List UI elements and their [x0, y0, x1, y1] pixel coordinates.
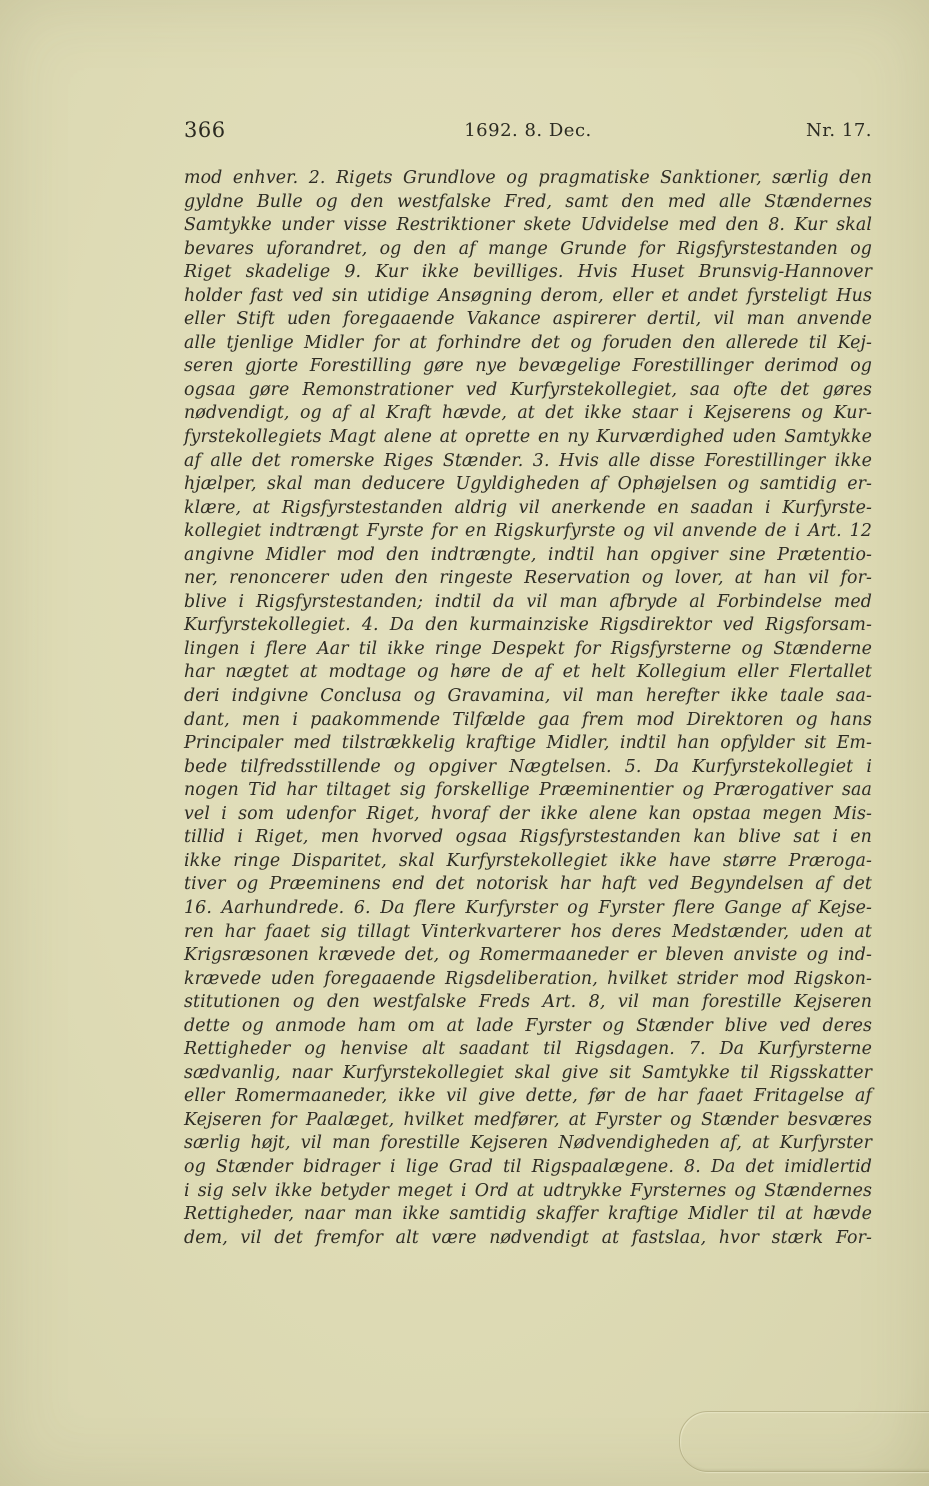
text-line: tillid i Riget, men hvorved ogsaa Rigsfy… — [184, 826, 872, 850]
text-line: deri indgivne Conclusa og Gravamina, vil… — [184, 685, 872, 709]
text-line: dette og anmode ham om at lade Fyrster o… — [184, 1015, 872, 1039]
embossed-blind-stamp — [679, 1411, 929, 1472]
text-line: og Stænder bidrager i lige Grad til Rigs… — [184, 1156, 872, 1180]
text-line: Kejseren for Paalæget, hvilket medfører,… — [184, 1109, 872, 1133]
text-line: holder fast ved sin utidige Ansøgning de… — [184, 285, 872, 309]
text-line: har nægtet at modtage og høre de af et h… — [184, 661, 872, 685]
text-line: bevares uforandret, og den af mange Grun… — [184, 238, 872, 262]
text-line: stitutionen og den westfalske Freds Art.… — [184, 991, 872, 1015]
text-line: hjælper, skal man deducere Ugyldigheden … — [184, 473, 872, 497]
text-line: blive i Rigsfyrstestanden; indtil da vil… — [184, 591, 872, 615]
text-line: eller Stift uden foregaaende Vakance asp… — [184, 308, 872, 332]
text-line: Principaler med tilstrækkelig kraftige M… — [184, 732, 872, 756]
text-line: Riget skadelige 9. Kur ikke bevilliges. … — [184, 261, 872, 285]
text-line: ogsaa gøre Remonstrationer ved Kurfyrste… — [184, 379, 872, 403]
text-line: ikke ringe Disparitet, skal Kurfyrstekol… — [184, 850, 872, 874]
text-line: særlig højt, vil man forestille Kejseren… — [184, 1132, 872, 1156]
text-line: dant, men i paakommende Tilfælde gaa fre… — [184, 709, 872, 733]
text-line: sædvanlig, naar Kurfyrstekollegiet skal … — [184, 1062, 872, 1086]
text-line: krævede uden foregaaende Rigsdeliberatio… — [184, 968, 872, 992]
text-line: seren gjorte Forestilling gøre nye bevæg… — [184, 355, 872, 379]
text-line: fyrstekollegiets Magt alene at oprette e… — [184, 426, 872, 450]
text-line: alle tjenlige Midler for at forhindre de… — [184, 332, 872, 356]
body-text: mod enhver. 2. Rigets Grundlove og pragm… — [184, 167, 872, 1250]
text-line: angivne Midler mod den indtrængte, indti… — [184, 544, 872, 568]
text-line: i sig selv ikke betyder meget i Ord at u… — [184, 1180, 872, 1204]
text-line: ren har faaet sig tillagt Vinterkvartere… — [184, 921, 872, 945]
text-line: nogen Tid har tiltaget sig forskellige P… — [184, 779, 872, 803]
text-line: Kurfyrstekollegiet. 4. Da den kurmainzis… — [184, 614, 872, 638]
text-line: eller Romermaaneder, ikke vil give dette… — [184, 1085, 872, 1109]
header-date: 1692. 8. Dec. — [184, 120, 872, 141]
text-line: Rettigheder og henvise alt saadant til R… — [184, 1038, 872, 1062]
text-line: Rettigheder, naar man ikke samtidig skaf… — [184, 1203, 872, 1227]
text-line: dem, vil det fremfor alt være nødvendigt… — [184, 1227, 872, 1251]
text-line: gyldne Bulle og den westfalske Fred, sam… — [184, 191, 872, 215]
text-line: bede tilfredsstillende og opgiver Nægtel… — [184, 756, 872, 780]
text-line: Krigsræsonen krævede det, og Romermaaned… — [184, 944, 872, 968]
text-line: klære, at Rigsfyrstestanden aldrig vil a… — [184, 497, 872, 521]
text-line: ner, renoncerer uden den ringeste Reserv… — [184, 567, 872, 591]
text-line: vel i som udenfor Riget, hvoraf der ikke… — [184, 803, 872, 827]
page-header: 366 1692. 8. Dec. Nr. 17. — [184, 118, 872, 146]
text-line: nødvendigt, og af al Kraft hævde, at det… — [184, 402, 872, 426]
text-line: mod enhver. 2. Rigets Grundlove og pragm… — [184, 167, 872, 191]
text-line: 16. Aarhundrede. 6. Da flere Kurfyrster … — [184, 897, 872, 921]
header-document-number: Nr. 17. — [806, 120, 872, 141]
text-line: kollegiet indtrængt Fyrste for en Rigsku… — [184, 520, 872, 544]
text-line: tiver og Præeminens end det notorisk har… — [184, 873, 872, 897]
text-line: lingen i flere Aar til ikke ringe Despek… — [184, 638, 872, 662]
text-line: Samtykke under visse Restriktioner skete… — [184, 214, 872, 238]
text-line: af alle det romerske Riges Stænder. 3. H… — [184, 450, 872, 474]
